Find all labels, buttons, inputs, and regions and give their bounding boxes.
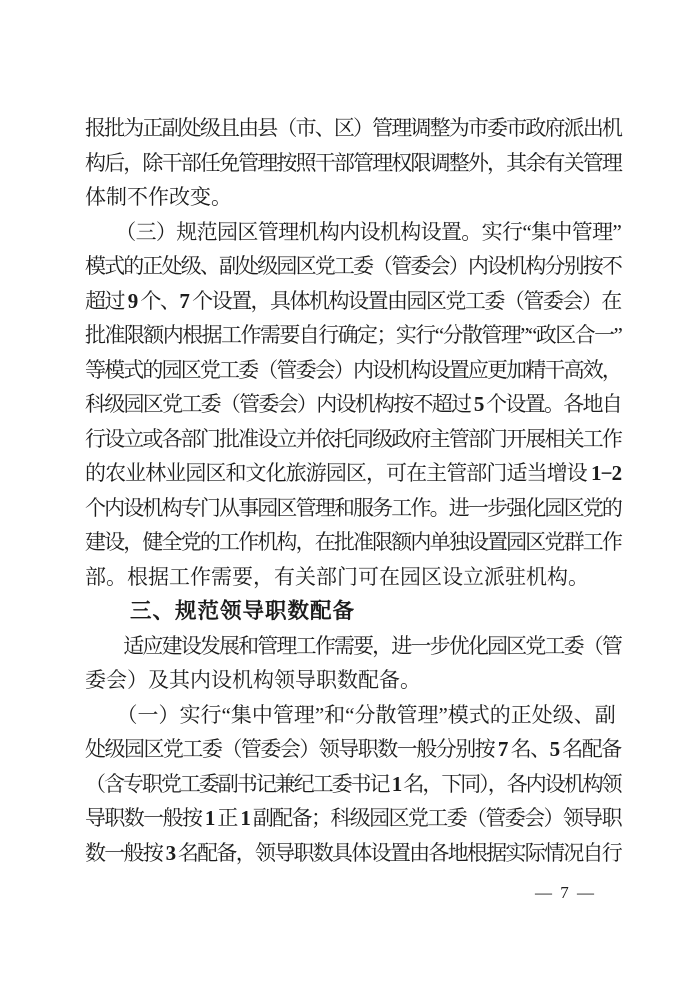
text-line: （一）实行“集中管理”和“分散管理”模式的正处级、副 xyxy=(85,698,621,733)
text-line: （含专职党工委副书记兼纪工委书记 1 名，下同），各内设机构领 xyxy=(85,767,621,802)
section-heading: 三、规范领导职数配备 xyxy=(85,594,621,629)
text-line: 模式的正处级、副处级园区党工委（管委会）内设机构分别按不 xyxy=(85,249,621,284)
text-line: 体制不作改变。 xyxy=(85,180,621,215)
text-line: 构后，除干部任免管理按照干部管理权限调整外，其余有关管理 xyxy=(85,146,621,181)
text-line: 报批为正副处级且由县（市、区）管理调整为市委市政府派出机 xyxy=(85,111,621,146)
text-line: 批准限额内根据工作需要自行确定；实行“分散管理”“政区合一” xyxy=(85,318,621,353)
text-line: 行设立或各部门批准设立并依托同级政府主管部门开展相关工作 xyxy=(85,422,621,457)
text-line: 适应建设发展和管理工作需要，进一步优化园区党工委（管 xyxy=(85,629,621,664)
text-line: （三）规范园区管理机构内设机构设置。实行“集中管理” xyxy=(85,215,621,250)
document-body: 报批为正副处级且由县（市、区）管理调整为市委市政府派出机 构后，除干部任免管理按… xyxy=(85,111,621,870)
text-line: 委会）及其内设机构领导职数配备。 xyxy=(85,663,621,698)
text-line: 超过 9 个、7 个设置，具体机构设置由园区党工委（管委会）在 xyxy=(85,284,621,319)
text-line: 科级园区党工委（管委会）内设机构按不超过 5 个设置。各地自 xyxy=(85,387,621,422)
text-line: 处级园区党工委（管委会）领导职数一般分别按 7 名、5 名配备 xyxy=(85,732,621,767)
page-number: — 7 — xyxy=(535,881,596,905)
text-line: 等模式的园区党工委（管委会）内设机构设置应更加精干高效， xyxy=(85,353,621,388)
text-line: 的农业林业园区和文化旅游园区，可在主管部门适当增设 1−2 xyxy=(85,456,621,491)
text-line: 部。根据工作需要，有关部门可在园区设立派驻机构。 xyxy=(85,560,621,595)
text-line: 个内设机构专门从事园区管理和服务工作。进一步强化园区党的 xyxy=(85,491,621,526)
text-line: 建设，健全党的工作机构，在批准限额内单独设置园区党群工作 xyxy=(85,525,621,560)
document-page: 报批为正副处级且由县（市、区）管理调整为市委市政府派出机 构后，除干部任免管理按… xyxy=(0,0,700,990)
text-line: 导职数一般按 1 正 1 副配备；科级园区党工委（管委会）领导职 xyxy=(85,801,621,836)
text-line: 数一般按 3 名配备，领导职数具体设置由各地根据实际情况自行 xyxy=(85,836,621,871)
